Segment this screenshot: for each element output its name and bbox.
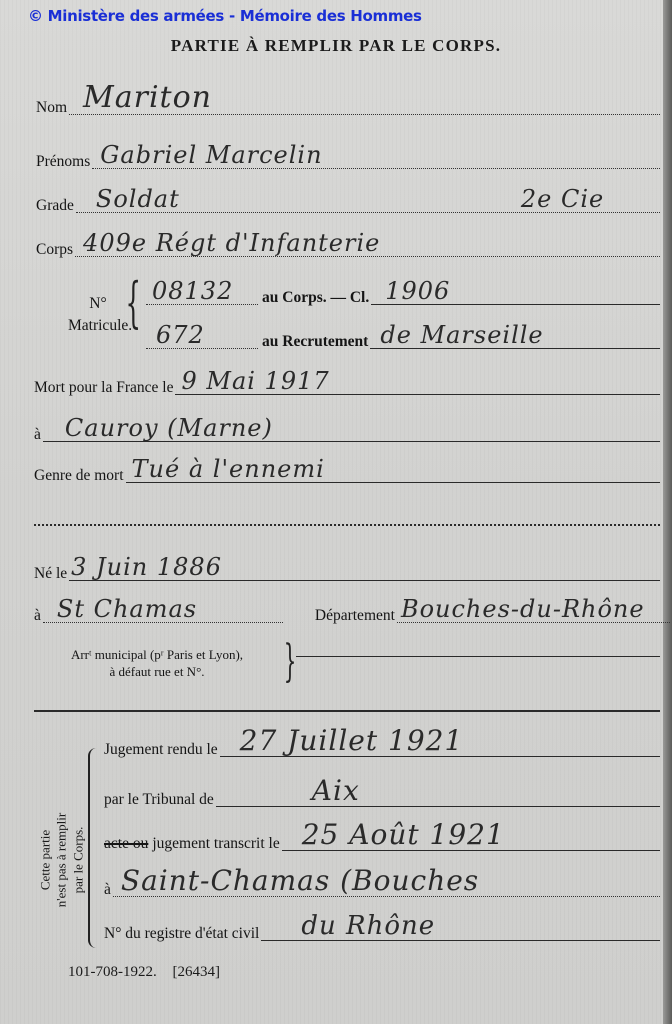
form-reference: 101-708-1922. [26434] <box>68 964 220 981</box>
field-grade: Grade Soldat 2e Cie <box>36 192 660 213</box>
field-line: Gabriel Marcelin <box>92 148 660 169</box>
field-mort: Mort pour la France le 9 Mai 1917 <box>34 374 660 395</box>
handwritten-value: 672 <box>156 323 205 347</box>
handwritten-department: Bouches-du-Rhône <box>401 597 645 621</box>
field-tribunal: par le Tribunal de Aix <box>104 786 660 807</box>
handwritten-class: 1906 <box>385 279 450 303</box>
field-nom: Nom Mariton <box>36 94 660 115</box>
handwritten-value: Saint-Chamas (Bouches <box>121 867 479 895</box>
handwritten-value: Mariton <box>83 83 212 113</box>
field-transcrit: acte ou jugement transcrit le 25 Août 19… <box>104 830 660 851</box>
field-label: Genre de mort <box>34 468 124 484</box>
field-label: Jugement rendu le <box>104 742 218 758</box>
field-label: au Recrutement <box>262 334 368 350</box>
field-naissance: Né le 3 Juin 1886 <box>34 560 660 581</box>
field-label: à <box>34 427 41 443</box>
field-line: Aix <box>216 786 660 807</box>
field-line: Mariton <box>69 94 660 115</box>
handwritten-company: 2e Cie <box>521 187 604 211</box>
copyright-watermark: © Ministère des armées - Mémoire des Hom… <box>28 7 422 25</box>
field-label: au Corps. — Cl. <box>262 290 369 306</box>
brace-icon: { <box>125 276 140 330</box>
handwritten-value: 08132 <box>152 279 233 303</box>
brace-icon: } <box>284 640 297 684</box>
field-genre-mort: Genre de mort Tué à l'ennemi <box>34 462 660 483</box>
field-jugement-rendu: Jugement rendu le 27 Juillet 1921 <box>104 736 660 757</box>
field-line: 08132 <box>146 284 258 305</box>
field-label: jugement transcrit le <box>152 836 279 852</box>
field-line: Cauroy (Marne) <box>43 421 660 442</box>
handwritten-value: 9 Mai 1917 <box>181 369 329 393</box>
field-corps: Corps 409e Régt d'Infanterie <box>36 236 660 257</box>
field-line: Tué à l'ennemi <box>126 462 660 483</box>
field-matricule-recrutement: 672 au Recrutement de Marseille <box>144 328 660 349</box>
field-label: à <box>34 608 41 624</box>
field-label: Corps <box>36 242 73 258</box>
field-line: St Chamas <box>43 602 283 623</box>
field-lieu-transcription: à Saint-Chamas (Bouches <box>104 876 660 897</box>
handwritten-value: du Rhône <box>301 913 435 939</box>
death-record-card: © Ministère des armées - Mémoire des Hom… <box>0 0 672 1024</box>
field-line: du Rhône <box>261 920 660 941</box>
section-brace <box>88 748 96 948</box>
field-label: par le Tribunal de <box>104 792 214 808</box>
arrondissement-line <box>296 656 660 657</box>
blank-line <box>34 524 660 526</box>
field-label: N° du registre d'état civil <box>104 926 259 942</box>
matricule-label: N° Matricule. <box>68 296 128 333</box>
section-divider <box>34 710 660 712</box>
field-label: Né le <box>34 566 67 582</box>
field-line: Bouches-du-Rhône <box>397 602 670 623</box>
field-label: à <box>104 882 111 898</box>
field-line: Saint-Chamas (Bouches <box>113 876 660 897</box>
handwritten-value: Gabriel Marcelin <box>100 143 322 167</box>
handwritten-place: de Marseille <box>380 323 543 347</box>
handwritten-value: St Chamas <box>57 597 197 621</box>
handwritten-value: 3 Juin 1886 <box>71 555 222 579</box>
field-line: 672 <box>146 328 258 349</box>
field-line: 25 Août 1921 <box>282 830 660 851</box>
field-label: Nom <box>36 100 67 116</box>
arrondissement-label: Arrᵗ municipal (pʳ Paris et Lyon), à déf… <box>32 648 282 678</box>
scan-edge <box>663 0 672 1024</box>
field-line: 409e Régt d'Infanterie <box>75 236 660 257</box>
handwritten-value: 409e Régt d'Infanterie <box>83 231 380 255</box>
field-label: Prénoms <box>36 154 90 170</box>
field-label: Grade <box>36 198 74 214</box>
field-line: 27 Juillet 1921 <box>220 736 660 757</box>
field-registre: N° du registre d'état civil du Rhône <box>104 920 660 941</box>
field-lieu-naissance: à St Chamas Département Bouches-du-Rhône <box>34 602 670 623</box>
handwritten-value: Soldat <box>96 187 180 211</box>
field-line: Soldat 2e Cie <box>76 192 660 213</box>
field-line: 9 Mai 1917 <box>175 374 660 395</box>
section-heading: PARTIE À REMPLIR PAR LE CORPS. <box>0 36 672 56</box>
handwritten-value: Cauroy (Marne) <box>65 416 273 440</box>
field-line: 1906 <box>371 284 660 305</box>
field-matricule-corps: 08132 au Corps. — Cl. 1906 <box>144 284 660 305</box>
field-line: de Marseille <box>370 328 660 349</box>
field-prenoms: Prénoms Gabriel Marcelin <box>36 148 660 169</box>
handwritten-value: 25 Août 1921 <box>302 821 505 849</box>
struck-text: acte ou <box>104 836 148 852</box>
handwritten-value: Aix <box>312 777 360 805</box>
field-lieu-mort: à Cauroy (Marne) <box>34 421 660 442</box>
field-label: Département <box>315 608 395 624</box>
field-label: Mort pour la France le <box>34 380 173 396</box>
handwritten-value: Tué à l'ennemi <box>132 457 325 481</box>
field-line: 3 Juin 1886 <box>69 560 660 581</box>
handwritten-value: 27 Juillet 1921 <box>240 727 464 755</box>
